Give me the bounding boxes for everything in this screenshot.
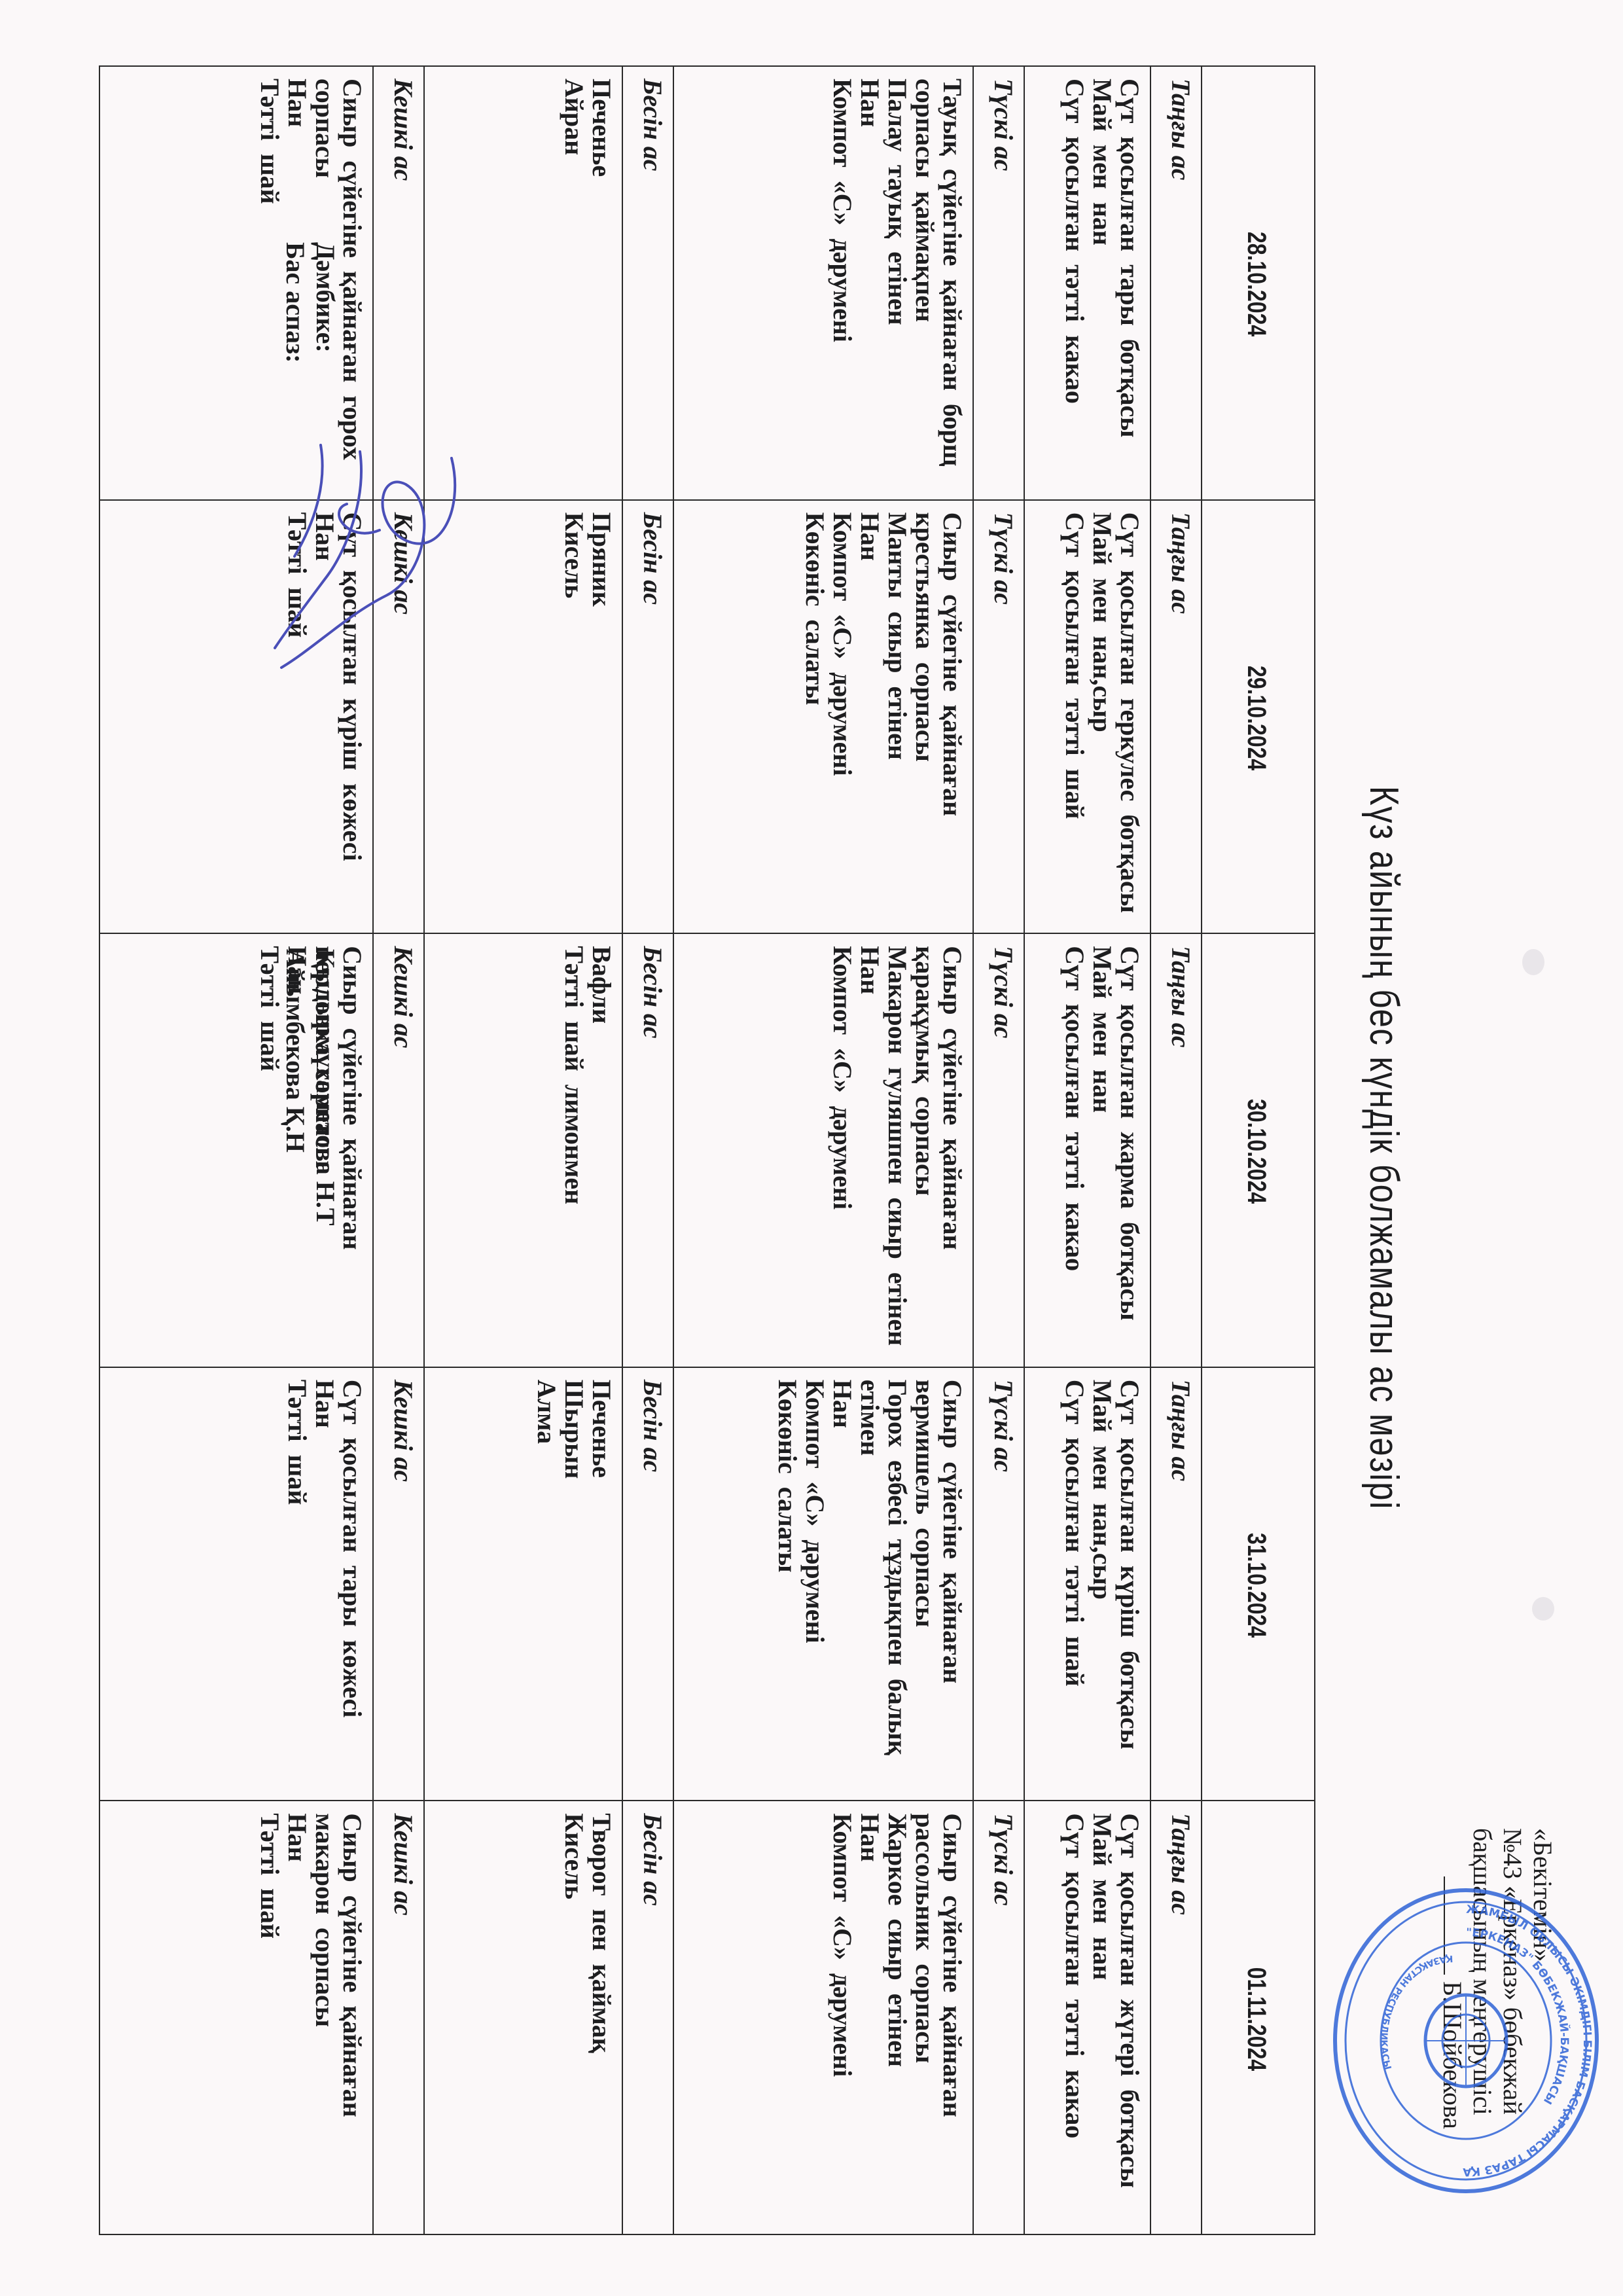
dish-item: Жаркое сиыр етінен (883, 1813, 911, 2225)
approval-line: №43 «Еркеназ» бөбекжай (1497, 1828, 1527, 2142)
meal-cell: Сүт қосылған тары ботқасыМай мен нанСүт … (1024, 66, 1150, 500)
dish-item: Сүт қосылған тәтті какао (1061, 79, 1088, 490)
signature-row: Дәмбике: Қыдырмұхаметова Н.Т (310, 242, 340, 1226)
meal-cell: Сүт қосылған тары көжесіНанТәтті шай (99, 1367, 373, 1801)
dish-item: Май мен нан (1088, 946, 1116, 1357)
dish-item: Нан (856, 79, 883, 490)
meal-cell: Сиыр сүйегіне қайнаған қарақұмық сорпасы… (673, 933, 973, 1367)
meal-dishes-row-lunch: Тауық сүйегіне қайнаған борщ сорпасы қай… (673, 66, 973, 2234)
dish-item: Май мен нан,сыр (1088, 512, 1116, 924)
meal-label-row-snack: Бесін асБесін асБесін асБесін асБесін ас (622, 66, 673, 2234)
meal-label-snack: Бесін ас (622, 1367, 673, 1801)
signature-block: Дәмбике: Қыдырмұхаметова Н.Т Бас аспаз: … (280, 242, 340, 1226)
meal-label-breakfast: Таңғы ас (1150, 1367, 1202, 1801)
dish-item: Компот «С» дәрумені (829, 946, 856, 1357)
dish-item: Кисель (560, 512, 588, 924)
meal-label-dinner: Кешкі ас (373, 66, 424, 500)
dish-item: Компот «С» дәрумені (829, 512, 856, 924)
dish-item: Тәтті шай лимонмен (560, 946, 588, 1357)
signature-line (1444, 1876, 1445, 1975)
meal-label-breakfast: Таңғы ас (1150, 933, 1202, 1367)
meal-label-lunch: Түскі ас (973, 500, 1024, 934)
meal-cell: Творог пен қаймақКисель (424, 1801, 622, 2234)
dish-item: Тауық сүйегіне қайнаған борщ сорпасы қай… (911, 79, 966, 490)
dish-item: Сүт қосылған жарма ботқасы (1116, 946, 1143, 1357)
dish-item: Нан (856, 1813, 883, 2225)
meal-cell: ПеченьеШырынАлма (424, 1367, 622, 1801)
dish-item: Творог пен қаймақ (588, 1813, 615, 2225)
meal-cell: Тауық сүйегіне қайнаған борщ сорпасы қай… (673, 66, 973, 500)
dish-item: Манты сиыр етінен (883, 512, 911, 924)
meal-cell: Сиыр сүйегіне қайнаған крестьянка сорпас… (673, 500, 973, 934)
meal-label-row-dinner: Кешкі асКешкі асКешкі асКешкі асКешкі ас (373, 66, 424, 2234)
date-header: 30.10.2024 (1202, 933, 1315, 1367)
dish-item: Сүт қосылған тәтті какао (1061, 946, 1088, 1357)
dish-item: Сүт қосылған тәтті шай (1061, 1380, 1088, 1791)
approval-signer: Б.Шойбекова (1437, 1828, 1467, 2142)
dish-item: Компот «С» дәрумені (829, 79, 856, 490)
dish-item: Тәтті шай (256, 79, 283, 490)
meal-cell: Сиыр сүйегіне қайнаған рассольник сорпас… (673, 1801, 973, 2234)
meal-label-snack: Бесін ас (622, 66, 673, 500)
meal-label-dinner: Кешкі ас (373, 933, 424, 1367)
meal-label-lunch: Түскі ас (973, 1801, 1024, 2234)
dish-item: Тәтті шай (256, 946, 283, 1357)
dish-item: Нан (856, 946, 883, 1357)
signature-role: Дәмбике: (310, 242, 340, 949)
dish-item: Сиыр сүйегіне қайнаған вермишель сорпасы (911, 1380, 966, 1791)
meal-label-lunch: Түскі ас (973, 66, 1024, 500)
meal-label-breakfast: Таңғы ас (1150, 500, 1202, 934)
dish-item: Алма (533, 1380, 560, 1791)
meal-cell: ПряникКисель (424, 500, 622, 934)
meal-label-breakfast: Таңғы ас (1150, 66, 1202, 500)
dish-item: Вафли (588, 946, 615, 1357)
meal-dishes-row-breakfast: Сүт қосылған тары ботқасыМай мен нанСүт … (1024, 66, 1150, 2234)
dish-item: Нан (283, 1813, 311, 2225)
signature-name: Айымбекова Қ.Н (280, 949, 310, 1153)
dish-item: Шырын (560, 1380, 588, 1791)
dish-item: Сүт қосылған тәтті какао (1061, 1813, 1088, 2225)
approval-signer-name: Б.Шойбекова (1438, 1981, 1467, 2129)
dish-item: Сүт қосылған күріш ботқасы (1116, 1380, 1143, 1791)
dish-item: Май мен нан,сыр (1088, 1380, 1116, 1791)
dish-item: Сүт қосылған тәтті шай (1061, 512, 1088, 924)
dish-item: Нан (856, 512, 883, 924)
meal-cell: ВафлиТәтті шай лимонмен (424, 933, 622, 1367)
date-header: 31.10.2024 (1202, 1367, 1315, 1801)
dish-item: Сүт қосылған геркулес ботқасы (1116, 512, 1143, 924)
dish-item: Тәтті шай (283, 1380, 311, 1791)
dish-item: Май мен нан (1088, 79, 1116, 490)
signature-name: Қыдырмұхаметова Н.Т (310, 949, 340, 1226)
meal-cell: Сүт қосылған жүгері ботқасыМай мен нанСү… (1024, 1801, 1150, 2234)
meal-label-lunch: Түскі ас (973, 933, 1024, 1367)
dish-item: Печенье (588, 79, 615, 490)
scan-artifact (1522, 949, 1544, 975)
menu-document-page: «Бекітемін» №43 «Еркеназ» бөбекжай бақша… (0, 0, 1623, 2296)
dish-item: Нан (829, 1380, 856, 1791)
meal-label-breakfast: Таңғы ас (1150, 1801, 1202, 2234)
dish-item: Сиыр сүйегіне қайнаған крестьянка сорпас… (911, 512, 966, 924)
meal-label-snack: Бесін ас (622, 933, 673, 1367)
dish-item: Тәтті шай (256, 1813, 283, 2225)
approval-line: бақшасының меңгерушісі (1467, 1828, 1497, 2142)
dish-item: Айран (560, 79, 588, 490)
meal-cell: Сиыр сүйегіне қайнаған макарон сорпасыНа… (99, 1801, 373, 2234)
meal-dishes-row-snack: ПеченьеАйранПряникКисельВафлиТәтті шай л… (424, 66, 622, 2234)
dish-item: Макарон гуляшпен сиыр етінен (883, 946, 911, 1357)
meal-cell: Сүт қосылған күріш ботқасыМай мен нан,сы… (1024, 1367, 1150, 1801)
date-header: 29.10.2024 (1202, 500, 1315, 934)
page-title: Күз айының бес күндік болжамалы ас мәзір… (1361, 207, 1407, 2090)
dish-item: Сүт қосылған тары ботқасы (1116, 79, 1143, 490)
meal-cell: Сүт қосылған жарма ботқасыМай мен нанСүт… (1024, 933, 1150, 1367)
dish-item: Сиыр сүйегіне қайнаған макарон сорпасы (311, 1813, 366, 2225)
approval-line: «Бекітемін» (1527, 1828, 1558, 2142)
signature-role: Бас аспаз: (280, 242, 310, 949)
meal-cell: Сиыр сүйегіне қайнаған вермишель сорпасы… (673, 1367, 973, 1801)
meal-label-row-lunch: Түскі асТүскі асТүскі асТүскі асТүскі ас (973, 66, 1024, 2234)
dish-item: Компот «С» дәрумені (829, 1813, 856, 2225)
dish-item: Көкөніс салаты (774, 1380, 801, 1791)
meal-label-dinner: Кешкі ас (373, 500, 424, 934)
meal-label-snack: Бесін ас (622, 1801, 673, 2234)
meal-label-snack: Бесін ас (622, 500, 673, 934)
signature-row: Бас аспаз: Айымбекова Қ.Н (280, 242, 310, 1226)
dish-item: Пряник (588, 512, 615, 924)
meal-label-dinner: Кешкі ас (373, 1801, 424, 2234)
date-header: 01.11.2024 (1202, 1801, 1315, 2234)
scan-artifact (1532, 1597, 1554, 1621)
meal-label-row-breakfast: Таңғы асТаңғы асТаңғы асТаңғы асТаңғы ас (1150, 66, 1202, 2234)
dish-item: Сүт қосылған күріш көжесі (338, 512, 366, 924)
dish-item: Компот «С» дәрумені (801, 1380, 829, 1791)
meal-cell: Сүт қосылған геркулес ботқасыМай мен нан… (1024, 500, 1150, 934)
dish-item: Сүт қосылған жүгері ботқасы (1116, 1813, 1143, 2225)
dish-item: Горох езбесі тұздықпен балық етімен (856, 1380, 911, 1791)
dish-item: Нан (311, 1380, 338, 1791)
meal-cell: ПеченьеАйран (424, 66, 622, 500)
date-header: 28.10.2024 (1202, 66, 1315, 500)
dish-item: Көкөніс салаты (801, 512, 829, 924)
dish-item: Палау тауық етінен (883, 79, 911, 490)
dish-item: Кисель (560, 1813, 588, 2225)
date-header-row: 28.10.2024 29.10.2024 30.10.2024 31.10.2… (1202, 66, 1315, 2234)
meal-label-dinner: Кешкі ас (373, 1367, 424, 1801)
dish-item: Печенье (588, 1380, 615, 1791)
dish-item: Май мен нан (1088, 1813, 1116, 2225)
meal-label-lunch: Түскі ас (973, 1367, 1024, 1801)
dish-item: Сиыр сүйегіне қайнаған рассольник сорпас… (911, 1813, 966, 2225)
approval-block: «Бекітемін» №43 «Еркеназ» бөбекжай бақша… (1437, 1828, 1558, 2142)
dish-item: Сиыр сүйегіне қайнаған қарақұмық сорпасы (911, 946, 966, 1357)
dish-item: Сүт қосылған тары көжесі (338, 1380, 366, 1791)
